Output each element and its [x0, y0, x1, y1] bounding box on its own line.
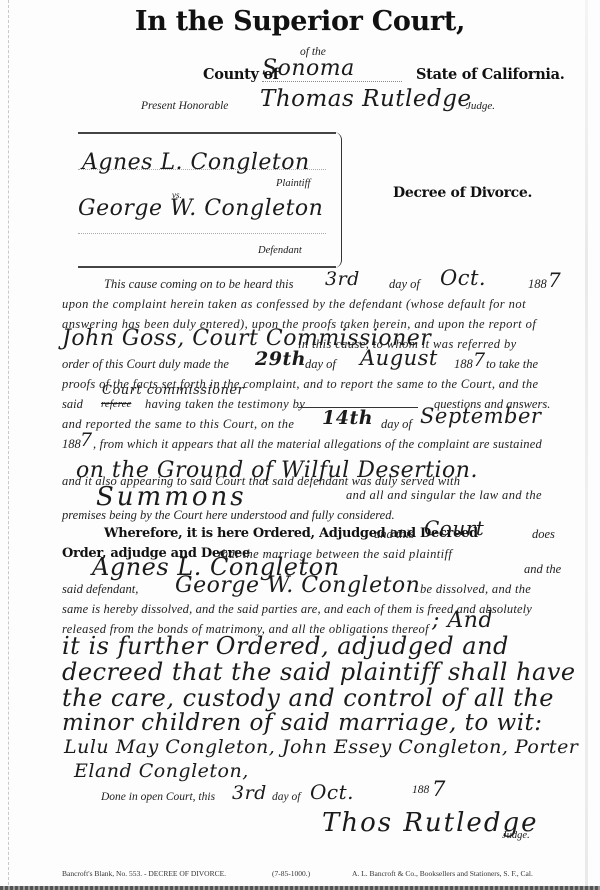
body-line-2: upon the complaint herein taken as confe…: [62, 297, 526, 312]
hearing-day: 3rd: [325, 268, 360, 290]
body-line-12: premises being by the Court here underst…: [62, 508, 395, 523]
form-name: Bancroft's Blank, No. 553. - DECREE OF D…: [62, 869, 226, 878]
body-line-5a: order of this Court duly made the: [62, 357, 229, 372]
hearing-year-prefix: 188: [528, 277, 547, 292]
done-year-digit: 7: [432, 777, 446, 801]
defendant-name-repeat: George W. Congleton: [175, 573, 420, 598]
custody-line-1: it is further Ordered, adjudged and: [62, 632, 509, 660]
body-line-5b: day of: [305, 357, 336, 372]
body-line-13b: and this: [374, 527, 414, 542]
referral-year-digit: 7: [473, 349, 486, 371]
state-label: State of California.: [416, 66, 565, 83]
signature-title: Judge.: [502, 830, 530, 841]
body-line-8b: day of: [381, 417, 412, 432]
struck-referee: referee: [101, 398, 131, 410]
custody-line-0: ; And: [432, 608, 493, 633]
body-line-9: , from which it appears that all the mat…: [93, 437, 542, 452]
body-line-13c: does: [532, 527, 555, 542]
custody-line-4: minor children of said marriage, to wit:: [62, 710, 543, 736]
judge-suffix: Judge.: [466, 100, 495, 112]
body-line-8a: and reported the same to this Court, on …: [62, 417, 294, 432]
report-day: 14th: [322, 407, 373, 429]
body-line-16a: said defendant,: [62, 582, 138, 597]
body-line-1b: day of: [389, 277, 420, 292]
caption-bracket: [333, 132, 342, 268]
document-type-heading: Decree of Divorce.: [393, 185, 532, 201]
referral-month: August: [360, 346, 438, 370]
custody-line-5: Lulu May Congleton, John Essey Congleton…: [64, 736, 578, 758]
defendant-name: George W. Congleton: [78, 196, 323, 221]
body-line-13a: Wherefore, it is here Ordered, Adjudged …: [104, 526, 478, 541]
court-document-page: In the Superior Court, of the County of …: [0, 0, 600, 890]
custody-line-6: Eland Congleton,: [74, 760, 249, 782]
judge-name: Thomas Rutledge: [260, 86, 472, 112]
body-line-7a: said: [62, 397, 83, 412]
body-line-15: and the: [524, 562, 561, 577]
custody-line-3: the care, custody and control of all the: [62, 684, 554, 712]
plaintiff-name: Agnes L. Congleton: [82, 150, 310, 175]
body-line-7b: having taken the testimony by: [145, 397, 305, 412]
body-line-11: and all and singular the law and the: [346, 488, 542, 503]
plaintiff-label: Plaintiff: [276, 178, 310, 189]
body-line-1a: This cause coming on to be heard this: [104, 277, 293, 292]
inserted-court-commissioner: Court commissioner: [102, 383, 244, 398]
scan-bottom-edge: [0, 886, 600, 890]
report-year-prefix: 188: [62, 437, 81, 452]
report-month: September: [420, 404, 541, 428]
court-title: In the Superior Court,: [0, 6, 600, 37]
page-edge-right: [585, 0, 588, 890]
caption-rule: [78, 233, 326, 234]
publisher: A. L. Bancroft & Co., Booksellers and St…: [352, 869, 533, 878]
done-in-open-court-label: Done in open Court, this: [101, 791, 215, 803]
print-code: (7-85-1000.): [272, 869, 310, 878]
done-year-prefix: 188: [412, 784, 429, 796]
hearing-year-digit: 7: [548, 268, 561, 292]
report-year-digit: 7: [80, 429, 93, 451]
done-day-of-label: day of: [272, 791, 300, 803]
done-day: 3rd: [232, 782, 267, 804]
referral-year-prefix: 188: [454, 357, 473, 372]
page-edge-left: [8, 0, 10, 890]
custody-line-2: decreed that the said plaintiff shall ha…: [62, 658, 576, 686]
defendant-label: Defendant: [258, 245, 302, 256]
hearing-month: Oct.: [440, 266, 486, 290]
body-line-16b: be dissolved, and the: [420, 582, 531, 597]
present-honorable-label: Present Honorable: [141, 100, 228, 112]
referral-day: 29th: [255, 348, 306, 370]
court-handwritten: Court: [424, 516, 484, 540]
done-month: Oct.: [310, 780, 354, 804]
body-line-5c: to take the: [486, 357, 538, 372]
county-value: Sonoma: [262, 56, 402, 82]
